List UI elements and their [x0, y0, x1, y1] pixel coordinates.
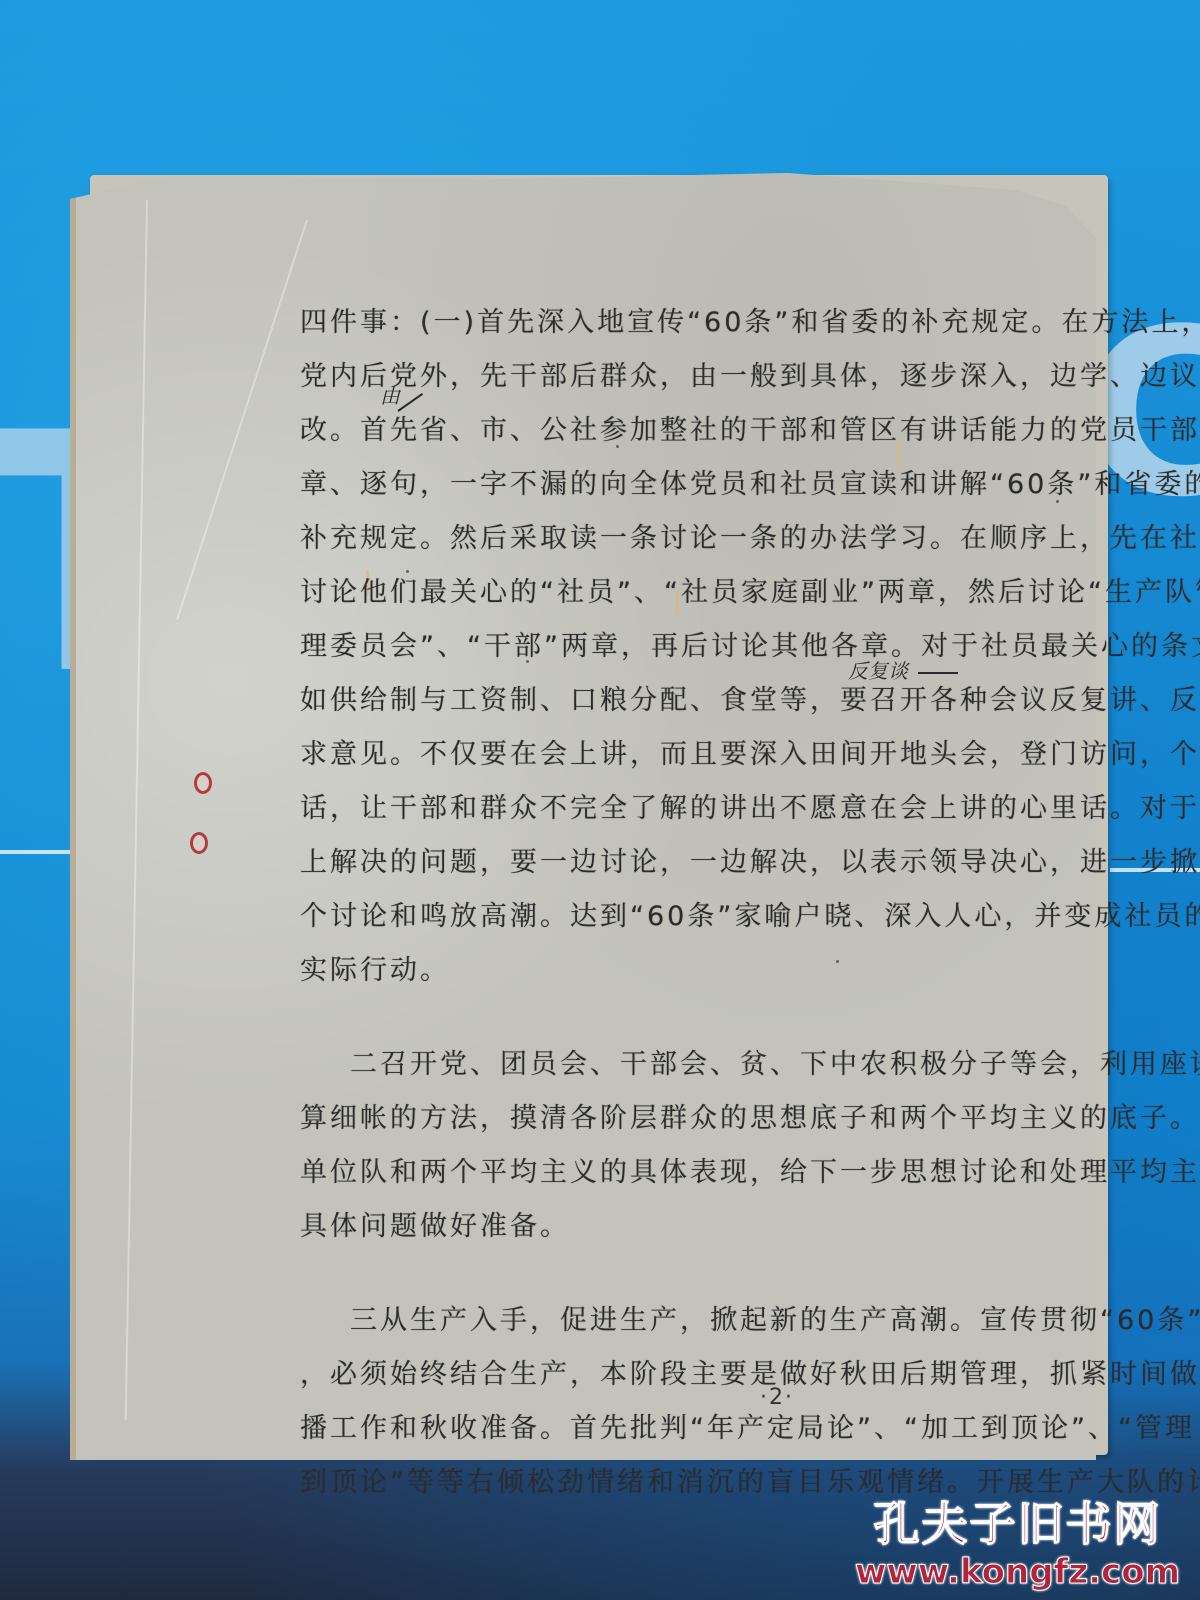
binding-hole	[190, 832, 208, 854]
text-line: 讨论他们最关心的“社员”、“社员家庭副业”两章，然后讨论“生产队管	[300, 566, 1080, 620]
text-line: 个讨论和鸣放高潮。达到“60条”家喻户晓、深入人心，并变成社员的	[300, 890, 1080, 944]
paper-crease	[176, 220, 308, 620]
paragraph-2: 二召开党、团员会、干部会、贫、下中农积极分子等会，利用座谈和 算细帐的方法，摸清…	[300, 1038, 1080, 1254]
binding-hole	[194, 772, 212, 794]
text-line: 播工作和秋收准备。首先批判“年产定局论”、“加工到顶论”、“管理	[300, 1402, 1080, 1456]
text-line: 三从生产入手，促进生产，掀起新的生产高潮。宣传贯彻“60条”	[300, 1294, 1080, 1348]
text-line: 补充规定。然后采取读一条讨论一条的办法学习。在顺序上，先在社员中	[300, 512, 1080, 566]
handwritten-annotation: 由	[380, 380, 400, 409]
text-line: 四件事：(一)首先深入地宣传“60条”和省委的补充规定。在方法上，先	[300, 296, 1080, 350]
paragraph-3: 三从生产入手，促进生产，掀起新的生产高潮。宣传贯彻“60条” ，必须始终结合生产…	[300, 1294, 1080, 1510]
text-line: 算细帐的方法，摸清各阶层群众的思想底子和两个平均主义的底子。排出	[300, 1092, 1080, 1146]
annotation-caret	[918, 672, 958, 674]
handwritten-annotation: 反复谈	[848, 655, 908, 684]
watermark-url: www.kongfz.com	[855, 1552, 1180, 1592]
text-line: 求意见。不仅要在会上讲，而且要深入田间开地头会，登门访问，个别谈	[300, 728, 1080, 782]
text-line: 上解决的问题，要一边讨论，一边解决，以表示领导决心，进一步掀起一	[300, 836, 1080, 890]
document-body-text: 四件事：(一)首先深入地宣传“60条”和省委的补充规定。在方法上，先 党内后党外…	[300, 296, 1080, 1510]
text-line: 实际行动。	[300, 944, 1080, 998]
text-line: 章、逐句，一字不漏的向全体党员和社员宣读和讲解“60条”和省委的	[300, 458, 1080, 512]
text-line: 改。首先省、市、公社参加整社的干部和管区有讲话能力的党员干部。逐	[300, 404, 1080, 458]
text-line: 如供给制与工资制、口粮分配、食堂等，要召开各种会议反复讲、反复征	[300, 674, 1080, 728]
text-line: ，必须始终结合生产，本阶段主要是做好秋田后期管理，抓紧时间做好秋	[300, 1348, 1080, 1402]
text-line: 话，让干部和群众不完全了解的讲出不愿意在会上讲的心里话。对于能够马	[300, 782, 1080, 836]
paper-crease	[125, 200, 148, 1420]
watermark-site-name: 孔夫子旧书网	[855, 1488, 1180, 1554]
text-line: 具体问题做好准备。	[300, 1200, 1080, 1254]
kongfz-watermark: 孔夫子旧书网 www.kongfz.com	[855, 1488, 1180, 1592]
paragraph-1: 四件事：(一)首先深入地宣传“60条”和省委的补充规定。在方法上，先 党内后党外…	[300, 296, 1080, 998]
text-line: 二召开党、团员会、干部会、贫、下中农积极分子等会，利用座谈和	[300, 1038, 1080, 1092]
page-number: ·2·	[760, 1385, 794, 1410]
text-line: 单位队和两个平均主义的具体表现，给下一步思想讨论和处理平均主义的	[300, 1146, 1080, 1200]
text-line: 理委员会”、“干部”两章，再后讨论其他各章。对于社员最关心的条文，	[300, 620, 1080, 674]
